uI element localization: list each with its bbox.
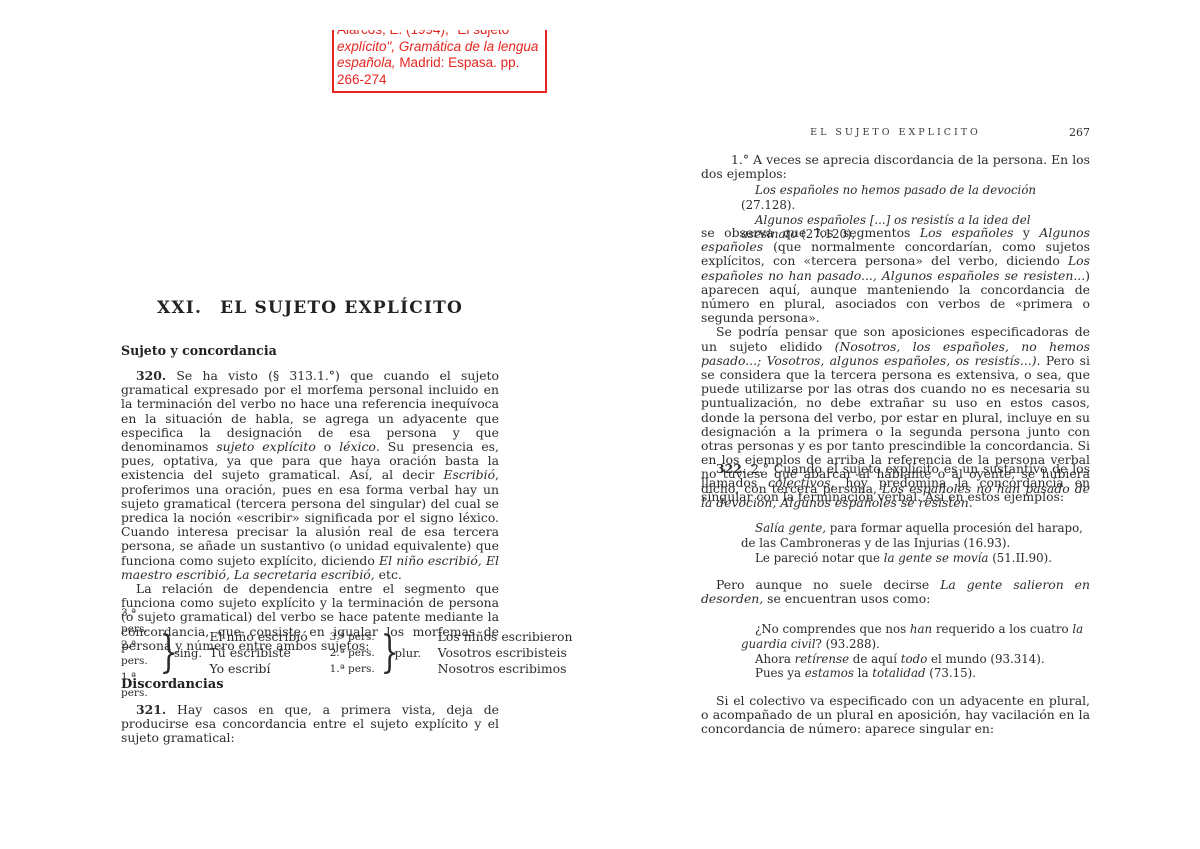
verb-form: Los niños escribieron	[438, 629, 573, 645]
paragraph-322: 322. 2.° Cuando el sujeto explícito es u…	[701, 462, 1090, 505]
example-quote: Le pareció notar que la gente se movía (…	[741, 551, 1084, 566]
scanned-document-spread: Alarcos, E. (1994), "El sujeto explícito…	[0, 0, 1200, 849]
example-quote: Salía gente, para formar aquella procesi…	[741, 521, 1084, 551]
person-label: 3.ª pers.	[121, 605, 157, 637]
paragraph-321: 321. Hay casos en que, a primera vista, …	[121, 703, 499, 746]
example-quote: Pues ya estamos la totalidad (73.15).	[741, 666, 1084, 681]
heading-sujeto-y-concordancia: Sujeto y concordancia	[121, 343, 499, 358]
person-label: 3.ª pers.	[330, 629, 378, 645]
singular-forms: El niño escribió Tú escribiste Yo escrib…	[210, 629, 308, 677]
chapter-title: XXI.EL SUJETO EXPLÍCITO	[121, 298, 499, 318]
verb-form: El niño escribió	[210, 629, 308, 645]
paragraph-1: 1.° A veces se aprecia discordancia de l…	[701, 153, 1090, 181]
section-321: 321. Hay casos en que, a primera vista, …	[121, 703, 499, 746]
verb-form: Yo escribí	[210, 661, 308, 677]
paragraph-4: Pero aunque no suele decirse La gente sa…	[701, 578, 1090, 606]
citation-line-1: Alarcos, E. (1994), "El sujeto	[337, 30, 545, 39]
citation-line-4: 266-274	[337, 72, 545, 89]
chapter-title-text: EL SUJETO EXPLÍCITO	[220, 298, 463, 318]
person-label: 2.ª pers.	[330, 645, 378, 661]
person-label: 2.ª pers.	[121, 637, 157, 669]
verb-form: Nosotros escribimos	[438, 661, 573, 677]
citation-line-2: explícito", Gramática de la lengua	[337, 39, 545, 56]
chapter-number: XXI.	[157, 298, 202, 318]
example-block-3: ¿No comprendes que nos han requerido a l…	[701, 622, 1090, 681]
paragraph-5: Si el colectivo va especificado con un a…	[701, 694, 1090, 737]
plural-group: 3.ª pers. 2.ª pers. 1.ª pers. } plur. Lo…	[330, 629, 573, 677]
section-pero-aunque: Pero aunque no suele decirse La gente sa…	[701, 578, 1090, 606]
paragraph-320: 320. Se ha visto (§ 313.1.°) que cuando …	[121, 369, 499, 582]
section-colectivo: Si el colectivo va especificado con un a…	[701, 694, 1090, 737]
example-quote: Los españoles no hemos pasado de la devo…	[741, 183, 1084, 213]
right-page: EL SUJETO EXPLICITO 267 1.° A veces se a…	[701, 0, 1090, 11]
brace-glyph: }	[160, 631, 170, 675]
verb-form: Vosotros escribisteis	[438, 645, 573, 661]
paragraph-2: se observa que los segmentos Los español…	[701, 226, 1090, 325]
section-322: 322. 2.° Cuando el sujeto explícito es u…	[701, 462, 1090, 505]
plural-forms: Los niños escribieron Vosotros escribist…	[438, 629, 573, 677]
running-head: EL SUJETO EXPLICITO 267	[701, 127, 1090, 138]
heading-discordancias: Discordancias	[121, 677, 499, 692]
verb-form: Tú escribiste	[210, 645, 308, 661]
example-quote: Ahora retírense de aquí todo el mundo (9…	[741, 652, 1084, 667]
brace-glyph: }	[380, 631, 390, 675]
person-labels-plural: 3.ª pers. 2.ª pers. 1.ª pers.	[330, 629, 378, 677]
example-block-2: Salía gente, para formar aquella procesi…	[701, 521, 1090, 565]
citation-annotation-box: Alarcos, E. (1994), "El sujeto explícito…	[332, 30, 547, 93]
page-number: 267	[1069, 126, 1090, 139]
citation-text: Alarcos, E. (1994), "El sujeto explícito…	[334, 30, 545, 88]
person-label: 1.ª pers.	[330, 661, 378, 677]
example-quote: ¿No comprendes que nos han requerido a l…	[741, 622, 1084, 652]
citation-line-3: española, Madrid: Espasa. pp.	[337, 55, 545, 72]
running-head-title: EL SUJETO EXPLICITO	[810, 127, 981, 138]
section-discordancia-persona: 1.° A veces se aprecia discordancia de l…	[701, 153, 1090, 181]
